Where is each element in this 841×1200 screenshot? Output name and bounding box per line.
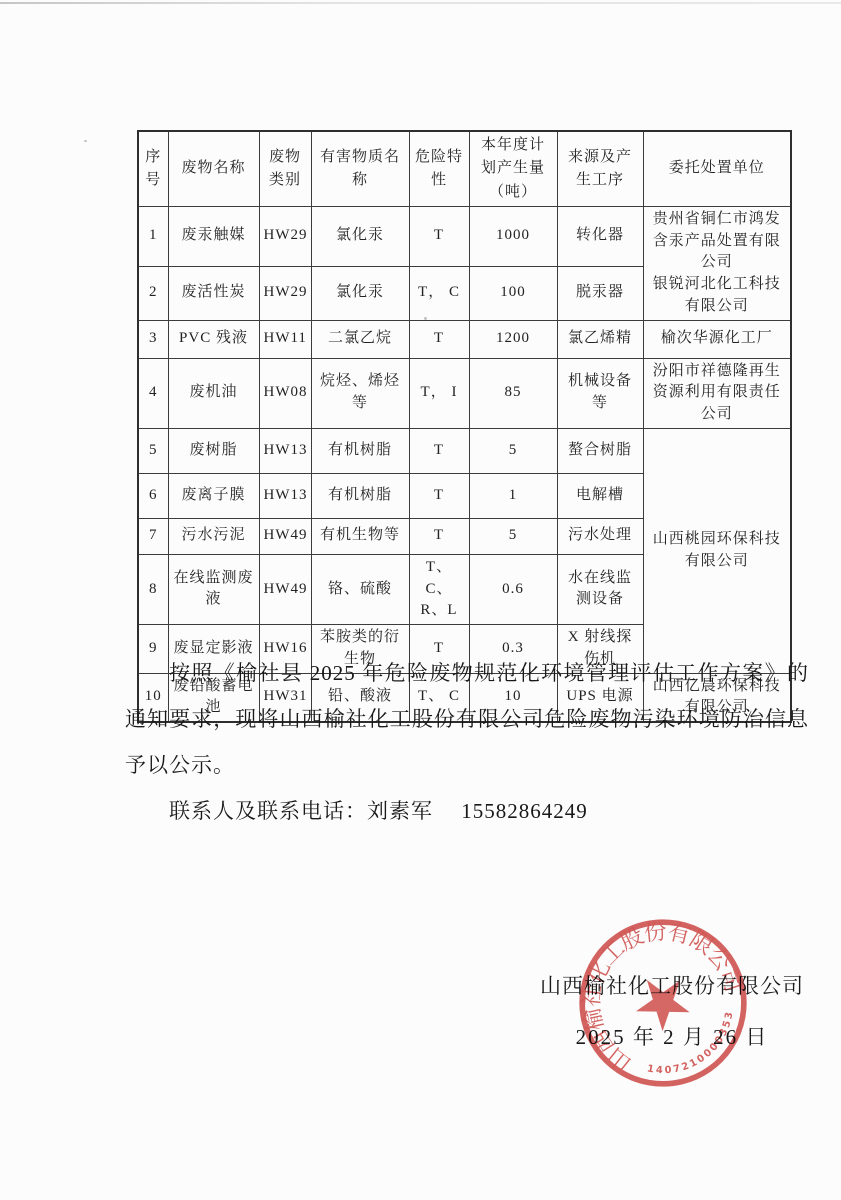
- announcement-paragraph: 按照《榆社县 2025 年危险废物规范化环境管理评估工作方案》的通知要求，现将山…: [125, 650, 809, 788]
- cell-waste-name: 废树脂: [168, 428, 259, 473]
- cell-hazard: T， I: [409, 358, 469, 428]
- cell-disposal-unit-rows-1-2: 贵州省铜仁市鸿发含汞产品处置有限公司 银锐河北化工科技有限公司: [643, 206, 791, 320]
- cell-amount: 1000: [469, 206, 557, 266]
- cell-amount: 85: [469, 358, 557, 428]
- scan-speck: [84, 140, 87, 142]
- cell-waste-name: 废离子膜: [168, 473, 259, 518]
- cell-hazard: T， C: [409, 266, 469, 320]
- header-harmful-substance: 有害物质名称: [311, 131, 409, 206]
- cell-hazard: T、C、R、L: [409, 554, 469, 624]
- cell-source: 电解槽: [557, 473, 643, 518]
- cell-no: 7: [138, 518, 168, 554]
- cell-hazard: T: [409, 428, 469, 473]
- contact-line: 联系人及联系电话：刘素军 15582864249: [125, 788, 809, 834]
- cell-hazard: T: [409, 320, 469, 358]
- cell-category: HW49: [259, 554, 311, 624]
- cell-no: 6: [138, 473, 168, 518]
- cell-hazard: T: [409, 518, 469, 554]
- cell-no: 5: [138, 428, 168, 473]
- cell-source: 脱汞器: [557, 266, 643, 320]
- cell-substance: 铬、硫酸: [311, 554, 409, 624]
- announcement-text: 按照《榆社县 2025 年危险废物规范化环境管理评估工作方案》的通知要求，现将山…: [125, 650, 809, 834]
- signature-company: 山西榆社化工股份有限公司: [536, 970, 808, 1000]
- cell-hazard: T: [409, 473, 469, 518]
- cell-category: HW29: [259, 266, 311, 320]
- header-source-process: 来源及产生工序: [557, 131, 643, 206]
- cell-substance: 有机生物等: [311, 518, 409, 554]
- cell-category: HW13: [259, 473, 311, 518]
- cell-amount: 5: [469, 518, 557, 554]
- cell-amount: 100: [469, 266, 557, 320]
- cell-source: 机械设备等: [557, 358, 643, 428]
- cell-no: 2: [138, 266, 168, 320]
- cell-substance: 烷烃、烯烃等: [311, 358, 409, 428]
- hazardous-waste-table: 序号 废物名称 废物类别 有害物质名称 危险特性 本年度计划产生量（吨） 来源及…: [137, 130, 792, 723]
- cell-category: HW08: [259, 358, 311, 428]
- cell-disposal-unit-row-4: 汾阳市祥德隆再生资源利用有限责任公司: [643, 358, 791, 428]
- disposal-company: 银锐河北化工科技有限公司: [648, 274, 787, 318]
- cell-amount: 1200: [469, 320, 557, 358]
- cell-waste-name: 废机油: [168, 358, 259, 428]
- header-waste-name: 废物名称: [168, 131, 259, 206]
- signature-date: 2025 年 2 月 26 日: [536, 1021, 808, 1051]
- cell-category: HW49: [259, 518, 311, 554]
- cell-substance: 氯化汞: [311, 266, 409, 320]
- scan-edge-line: [0, 2, 841, 4]
- cell-category: HW13: [259, 428, 311, 473]
- cell-substance: 二氯乙烷: [311, 320, 409, 358]
- cell-waste-name: PVC 残液: [168, 320, 259, 358]
- cell-amount: 0.6: [469, 554, 557, 624]
- cell-waste-name: 废活性炭: [168, 266, 259, 320]
- table-row: 5 废树脂 HW13 有机树脂 T 5 螯合树脂 山西桃园环保科技有限公司: [138, 428, 791, 473]
- cell-substance: 有机树脂: [311, 428, 409, 473]
- cell-amount: 1: [469, 473, 557, 518]
- signature-block: 山西榆社化工股份有限公司 2025 年 2 月 26 日: [536, 970, 808, 1051]
- cell-substance: 氯化汞: [311, 206, 409, 266]
- table-row: 1 废汞触媒 HW29 氯化汞 T 1000 转化器 贵州省铜仁市鸿发含汞产品处…: [138, 206, 791, 266]
- cell-waste-name: 废汞触媒: [168, 206, 259, 266]
- header-disposal-unit: 委托处置单位: [643, 131, 791, 206]
- cell-hazard: T: [409, 206, 469, 266]
- table-header-row: 序号 废物名称 废物类别 有害物质名称 危险特性 本年度计划产生量（吨） 来源及…: [138, 131, 791, 206]
- cell-no: 8: [138, 554, 168, 624]
- cell-waste-name: 污水污泥: [168, 518, 259, 554]
- cell-substance: 有机树脂: [311, 473, 409, 518]
- table-row: 3 PVC 残液 HW11 二氯乙烷 T 1200 氯乙烯精 榆次华源化工厂: [138, 320, 791, 358]
- cell-disposal-unit-rows-5-9: 山西桃园环保科技有限公司: [643, 428, 791, 673]
- header-planned-amount: 本年度计划产生量（吨）: [469, 131, 557, 206]
- cell-amount: 5: [469, 428, 557, 473]
- header-serial-no: 序号: [138, 131, 168, 206]
- cell-category: HW11: [259, 320, 311, 358]
- document-page: 序号 废物名称 废物类别 有害物质名称 危险特性 本年度计划产生量（吨） 来源及…: [0, 0, 841, 1200]
- cell-waste-name: 在线监测废液: [168, 554, 259, 624]
- cell-no: 3: [138, 320, 168, 358]
- cell-source: 螯合树脂: [557, 428, 643, 473]
- cell-source: 转化器: [557, 206, 643, 266]
- cell-category: HW29: [259, 206, 311, 266]
- header-hazard-property: 危险特性: [409, 131, 469, 206]
- table-row: 4 废机油 HW08 烷烃、烯烃等 T， I 85 机械设备等 汾阳市祥德隆再生…: [138, 358, 791, 428]
- cell-source: 污水处理: [557, 518, 643, 554]
- cell-no: 4: [138, 358, 168, 428]
- header-waste-category: 废物类别: [259, 131, 311, 206]
- disposal-company: 贵州省铜仁市鸿发含汞产品处置有限公司: [648, 209, 787, 274]
- cell-source: 氯乙烯精: [557, 320, 643, 358]
- cell-disposal-unit-row-3: 榆次华源化工厂: [643, 320, 791, 358]
- cell-no: 1: [138, 206, 168, 266]
- cell-source: 水在线监测设备: [557, 554, 643, 624]
